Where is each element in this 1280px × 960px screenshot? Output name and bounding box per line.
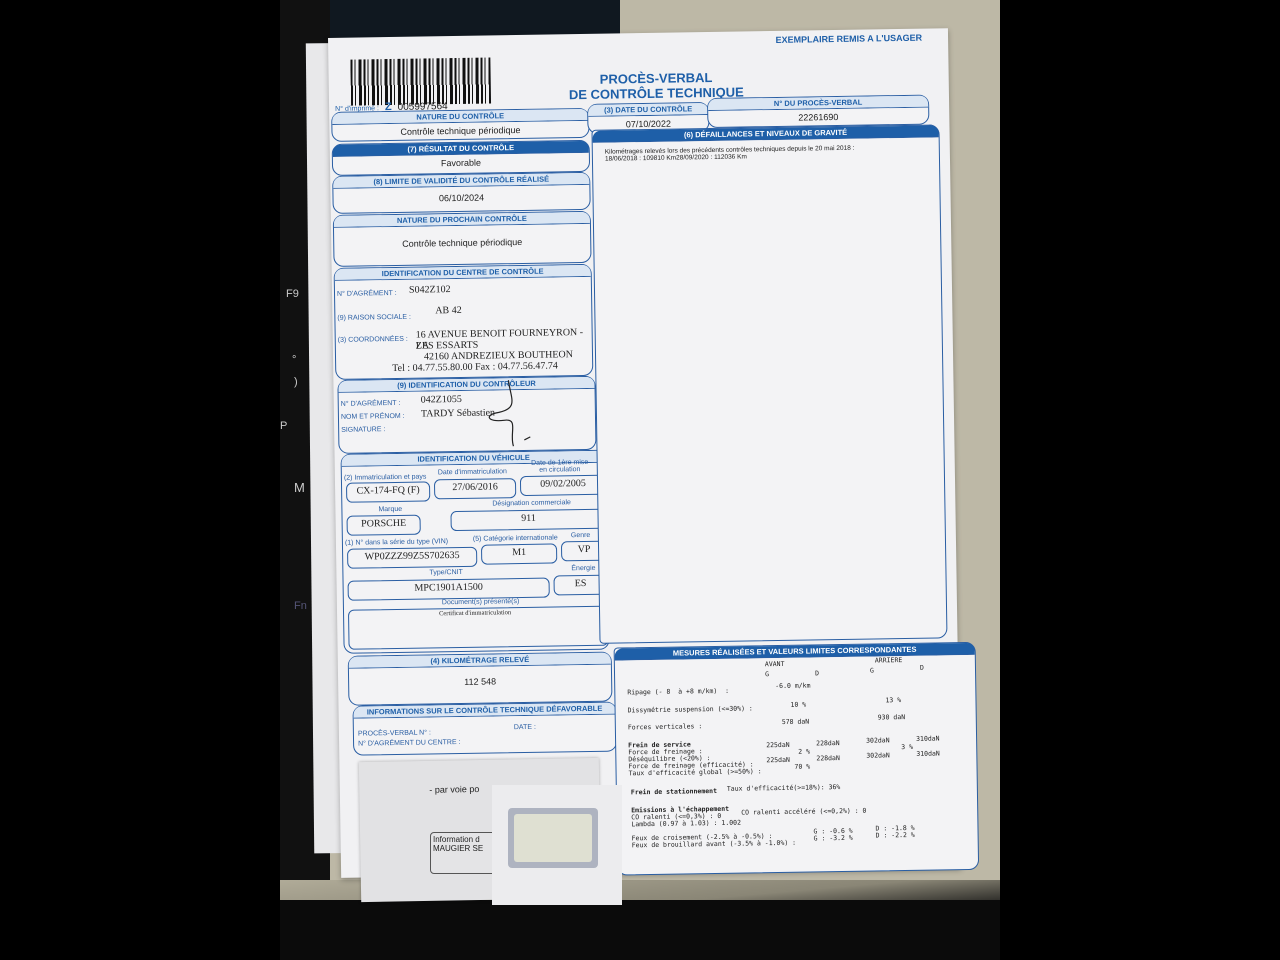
key-f9: F9 bbox=[286, 288, 299, 300]
mesures-box: MESURES RÉALISÉES ET VALEURS LIMITES COR… bbox=[614, 642, 980, 876]
prochain-controle-value: Contrôle technique périodique bbox=[334, 224, 590, 250]
barcode bbox=[350, 57, 491, 105]
defaillances-box: (6) DÉFAILLANCES ET NIVEAUX DE GRAVITÉ K… bbox=[591, 124, 947, 643]
key-p: P bbox=[280, 420, 287, 432]
proces-verbal-document: EXEMPLAIRE REMIS A L'USAGER N° d'imprimé… bbox=[328, 28, 961, 878]
overlay-info-box: Information d MAUGIER SE bbox=[430, 832, 501, 874]
key-m: M bbox=[294, 480, 305, 495]
categorie-field: M1 bbox=[481, 543, 557, 564]
nature-controle-value: Contrôle technique périodique bbox=[332, 121, 588, 138]
key-fn: Fn bbox=[294, 600, 307, 612]
premiere-mise-field: 09/02/2005 bbox=[520, 475, 606, 496]
kilometrage-box: (4) KILOMÉTRAGE RELEVÉ 112 548 bbox=[348, 652, 613, 706]
limite-validite-value: 06/10/2024 bbox=[333, 185, 589, 205]
documents-field: Certificat d'immatriculation bbox=[348, 606, 609, 650]
marque-field: PORSCHE bbox=[347, 515, 421, 536]
key-degree: ° bbox=[292, 354, 296, 366]
defavorable-box: INFORMATIONS SUR LE CONTRÔLE TECHNIQUE D… bbox=[352, 702, 617, 756]
vin-field: WP0ZZZ99Z5S702635 bbox=[347, 547, 477, 569]
prochain-controle-box: NATURE DU PROCHAIN CONTRÔLE Contrôle tec… bbox=[333, 211, 592, 267]
date-immat-field: 27/06/2016 bbox=[434, 478, 516, 499]
controleur-box: (9) IDENTIFICATION DU CONTRÔLEUR N° D'AG… bbox=[337, 376, 596, 454]
copy-label: EXEMPLAIRE REMIS A L'USAGER bbox=[776, 33, 923, 45]
centre-agrement: S042Z102 bbox=[409, 284, 451, 296]
vehicule-box: IDENTIFICATION DU VÉHICULE (2) Immatricu… bbox=[341, 450, 610, 654]
overlay-text-1: - par voie po bbox=[429, 784, 479, 795]
limite-validite-box: (8) LIMITE DE VALIDITÉ DU CONTRÔLE RÉALI… bbox=[332, 172, 591, 214]
ripage-value: -6.0 m/km bbox=[775, 682, 810, 691]
kilometrage-value: 112 548 bbox=[349, 665, 611, 689]
resultat-value: Favorable bbox=[333, 153, 589, 170]
numero-pv-value: 22261690 bbox=[708, 108, 928, 124]
envelope-window bbox=[508, 808, 598, 868]
centre-raison-sociale: AB 42 bbox=[435, 305, 462, 316]
immat-field: CX-174-FQ (F) bbox=[346, 481, 430, 502]
defaillances-line-2: 18/06/2018 : 109810 Km28/09/2020 : 11203… bbox=[605, 153, 747, 162]
resultat-box: (7) RÉSULTAT DU CONTRÔLE Favorable bbox=[332, 140, 590, 176]
centre-phone: Tel : 04.77.55.80.00 Fax : 04.77.56.47.7… bbox=[392, 360, 558, 374]
centre-box: IDENTIFICATION DU CENTRE DE CONTRÔLE N° … bbox=[334, 264, 594, 380]
photo: F9 ° ) P M Fn EXEMPLAIRE REMIS A L'USAGE… bbox=[280, 0, 1000, 960]
signature-icon bbox=[478, 378, 539, 449]
numero-pv-box: N° DU PROCÈS-VERBAL 22261690 bbox=[707, 95, 929, 128]
controleur-agrement: 042Z1055 bbox=[421, 394, 462, 406]
type-cnit-field: MPC1901A1500 bbox=[348, 578, 550, 601]
key-paren: ) bbox=[294, 376, 298, 388]
designation-field: 911 bbox=[450, 509, 606, 531]
nature-controle-box: NATURE DU CONTRÔLE Contrôle technique pé… bbox=[331, 108, 589, 142]
